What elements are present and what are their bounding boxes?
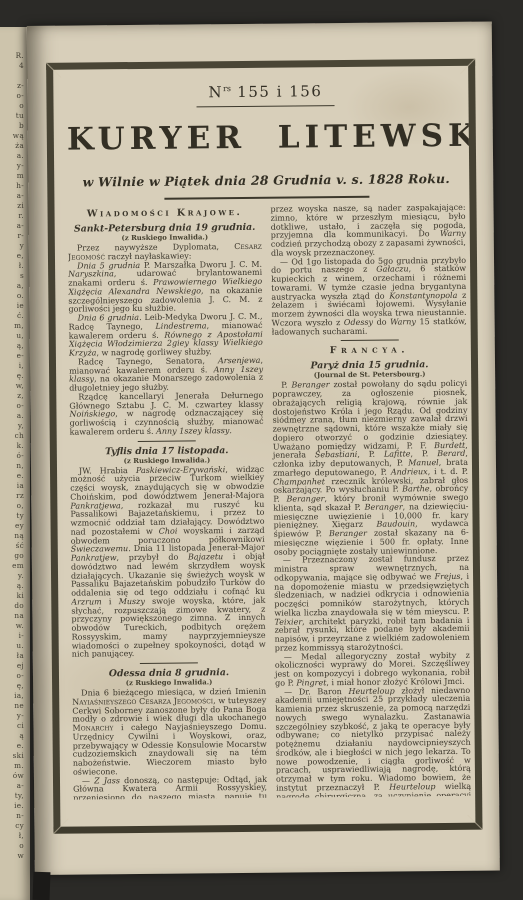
margin-fragment: e,: [0, 251, 24, 261]
section-divider: [340, 340, 398, 342]
margin-fragment: e.: [0, 471, 24, 481]
binding-shadow: [33, 872, 51, 900]
margin-fragment: o: [0, 841, 24, 851]
text-run: P.: [281, 381, 291, 390]
margin-fragment: y,: [0, 421, 24, 431]
margin-fragment: a,: [0, 281, 24, 291]
margin-fragment: ów: [0, 771, 24, 781]
article-paragraph: Rządcę kancellaryi Jenerała Dełurnego Gł…: [69, 392, 263, 438]
margin-fragment: ża: [0, 141, 24, 151]
newspaper-page: Nrs 155 i 156 KURYER LITEWSKI w Wilnie w…: [27, 22, 500, 875]
margin-fragment: ia,: [0, 691, 24, 701]
text-run: , architekt paryzki, robił tam badania i…: [275, 615, 470, 652]
margin-fragment: i-: [0, 631, 24, 641]
margin-fragment: go: [0, 551, 24, 561]
margin-fragment: m.: [0, 761, 24, 771]
text-run: .: [229, 426, 232, 435]
margin-fragment: r-: [0, 231, 24, 241]
article-paragraph: — Dr. Baron Heurteloup złożył niedawno a…: [275, 686, 471, 799]
margin-fragment: zi: [0, 201, 24, 211]
article-columns: Wiadomości Krajowe.Sankt-Petersburg dnia…: [67, 204, 471, 800]
margin-fragment: b: [0, 121, 24, 131]
issue-number-value: 155 i 156: [237, 82, 322, 101]
margin-fragment: ną: [0, 531, 24, 541]
margin-fragment: z-: [0, 81, 24, 91]
margin-fragment: n,: [0, 461, 24, 471]
margin-fragment: o,: [0, 501, 24, 511]
margin-fragment: na: [0, 611, 24, 621]
margin-fragments: R.4z-o-otubwążaa.y-mh-a-zir.a-r-ye,ł.sa,…: [0, 51, 24, 861]
issue-number-prefix: N: [208, 83, 223, 101]
issue-number-superscript: rs: [223, 84, 231, 93]
margin-fragment: m,: [0, 321, 24, 331]
text-run: , na okazanie Monarszego zadowolenia z d…: [69, 373, 263, 393]
text-run: do: [373, 317, 390, 326]
margin-fragment: ie.: [0, 801, 24, 811]
margin-fragment: R.: [0, 51, 24, 61]
margin-fragment: ci: [0, 721, 24, 731]
page-frame: Nrs 155 i 156 KURYER LITEWSKI w Wilnie w…: [46, 59, 482, 834]
scan-background: R.4z-o-otubwążaa.y-mh-a-zir.a-r-ye,ł.sa,…: [0, 0, 523, 900]
section-title: Francya.: [272, 344, 467, 358]
margin-fragment: ą.: [0, 581, 24, 591]
margin-fragment: ne: [0, 701, 24, 711]
margin-fragment: i,: [0, 361, 24, 371]
text-run: złożył niedawno akademii umiejętności 25…: [275, 685, 471, 792]
margin-fragment: o.: [0, 291, 24, 301]
article-paragraph: Dnia 6 bieżącego miesiąca, w dzień Imien…: [72, 688, 267, 777]
margin-fragment: y: [0, 241, 24, 251]
article-paragraph: — Przeznaczony został fundusz przez mini…: [274, 555, 470, 653]
margin-fragment: ski: [0, 751, 24, 761]
text-run: swoje woyska, które, jak słychać, rozpus…: [71, 596, 265, 659]
margin-fragment: ch: [0, 431, 24, 441]
newspaper-title: KURYER LITEWSKI: [67, 118, 465, 158]
text-run: Rządcę kancellaryi Jenerała Dełurnego Gł…: [69, 391, 263, 411]
margin-fragment: a-: [0, 781, 24, 791]
margin-fragment: z,: [0, 391, 24, 401]
margin-fragment: w.: [0, 621, 24, 631]
margin-fragment: w: [0, 851, 24, 861]
margin-fragment: ie: [0, 301, 24, 311]
margin-fragment: n-: [0, 811, 24, 821]
margin-fragment: rz: [0, 491, 24, 501]
section-divider: [138, 440, 196, 442]
margin-fragment: w,: [0, 381, 24, 391]
margin-fragment: o-: [0, 91, 24, 101]
margin-fragment: a.: [0, 151, 24, 161]
margin-fragment: ia: [0, 481, 24, 491]
page-content: Nrs 155 i 156 KURYER LITEWSKI w Wilnie w…: [53, 66, 475, 827]
margin-fragment: y-: [0, 161, 24, 171]
masthead-divider-bottom: [164, 196, 369, 200]
margin-fragment: ć.: [0, 311, 24, 321]
article-paragraph: Dnia 6 grudnia. Leib-Medyka Dworu J. C. …: [69, 313, 263, 359]
margin-fragment: u,: [0, 331, 24, 341]
margin-fragment: ę.: [0, 371, 24, 381]
margin-fragment: ó-: [0, 451, 24, 461]
margin-fragment: ł,: [0, 831, 24, 841]
margin-fragment: wą: [0, 131, 24, 141]
margin-fragment: a-: [0, 191, 24, 201]
margin-fragment: ty,: [0, 791, 24, 801]
masthead-dateline: w Wilnie w Piątek dnia 28 Grudnia v. s. …: [67, 171, 465, 190]
margin-fragment: s: [0, 271, 24, 281]
article-paragraph: — Od 1go listopada do 5go grudnia przyby…: [271, 256, 467, 337]
masthead-divider-top: [197, 105, 335, 107]
margin-fragment: a-: [0, 221, 24, 231]
margin-fragment: h-: [0, 181, 24, 191]
margin-fragment: e.: [0, 741, 24, 751]
margin-fragment: ey: [0, 521, 24, 531]
article-paragraph: Dnia 5 grudnia P. Marszałka Dworu J. C. …: [68, 260, 262, 314]
margin-fragment: y-: [0, 711, 24, 721]
text-run: Warny: [390, 317, 416, 326]
margin-fragment: ła: [0, 651, 24, 661]
margin-fragment: ki: [0, 591, 24, 601]
text-run: przez woyska nasze, są nader zaspakajają…: [270, 204, 465, 240]
margin-fragment: y.: [0, 571, 24, 581]
section-title: Wiadomości Krajowe.: [68, 207, 262, 221]
margin-fragment: ą,: [0, 341, 24, 351]
margin-fragment: do: [0, 601, 24, 611]
article-paragraph: Radcę Taynego, Senatora, Arsenjewa, mian…: [69, 357, 263, 394]
margin-fragment: o-: [0, 401, 24, 411]
margin-fragment: e-: [0, 351, 24, 361]
margin-fragment: ej: [0, 661, 24, 671]
margin-fragment: a.: [0, 411, 24, 421]
margin-fragment: ść: [0, 541, 24, 551]
margin-fragment: [0, 71, 24, 81]
margin-fragment: tu: [0, 111, 24, 121]
margin-fragment: u.: [0, 641, 24, 651]
column-left: Wiadomości Krajowe.Sankt-Petersburg dnia…: [67, 206, 267, 800]
margin-fragment: ą: [0, 731, 24, 741]
margin-fragment: cy: [0, 821, 24, 831]
margin-fragment: m: [0, 171, 24, 181]
margin-fragment: o-: [0, 671, 24, 681]
article-paragraph: — Z Jass donoszą, co następuje: Odtąd, j…: [73, 775, 268, 799]
margin-fragment: r.: [0, 211, 24, 221]
column-right: przez woyska nasze, są nader zaspakajają…: [270, 204, 471, 798]
text-run: Anny 1szey klassy: [156, 426, 229, 436]
article-paragraph: P. Beranger został powołany do sądu poli…: [272, 380, 469, 557]
margin-fragment: ty: [0, 511, 24, 521]
text-run: —: [82, 776, 94, 785]
margin-fragment: k.: [0, 441, 24, 451]
article-paragraph: — Medal allegoryczny został wybity z oko…: [275, 651, 470, 688]
margin-fragment: em: [0, 561, 24, 571]
margin-fragment: ł.: [0, 261, 24, 271]
article-paragraph: przez woyska nasze, są nader zaspakajają…: [270, 204, 465, 258]
text-run: Odessy: [344, 317, 373, 326]
margin-fragment: ę,: [0, 681, 24, 691]
margin-fragment: 4: [0, 61, 24, 71]
issue-number: Nrs 155 i 156: [66, 81, 464, 103]
text-run: codzień przychodzą obozy z zapasami żywn…: [271, 238, 466, 258]
margin-fragment: o: [0, 101, 24, 111]
adjacent-page-edge: R.4z-o-otubwążaa.y-mh-a-zir.a-r-ye,ł.sa,…: [0, 27, 30, 900]
article-paragraph: JW. Hrabia Paskiewicz-Erywański, widząc …: [70, 465, 266, 659]
section-divider: [140, 662, 198, 664]
